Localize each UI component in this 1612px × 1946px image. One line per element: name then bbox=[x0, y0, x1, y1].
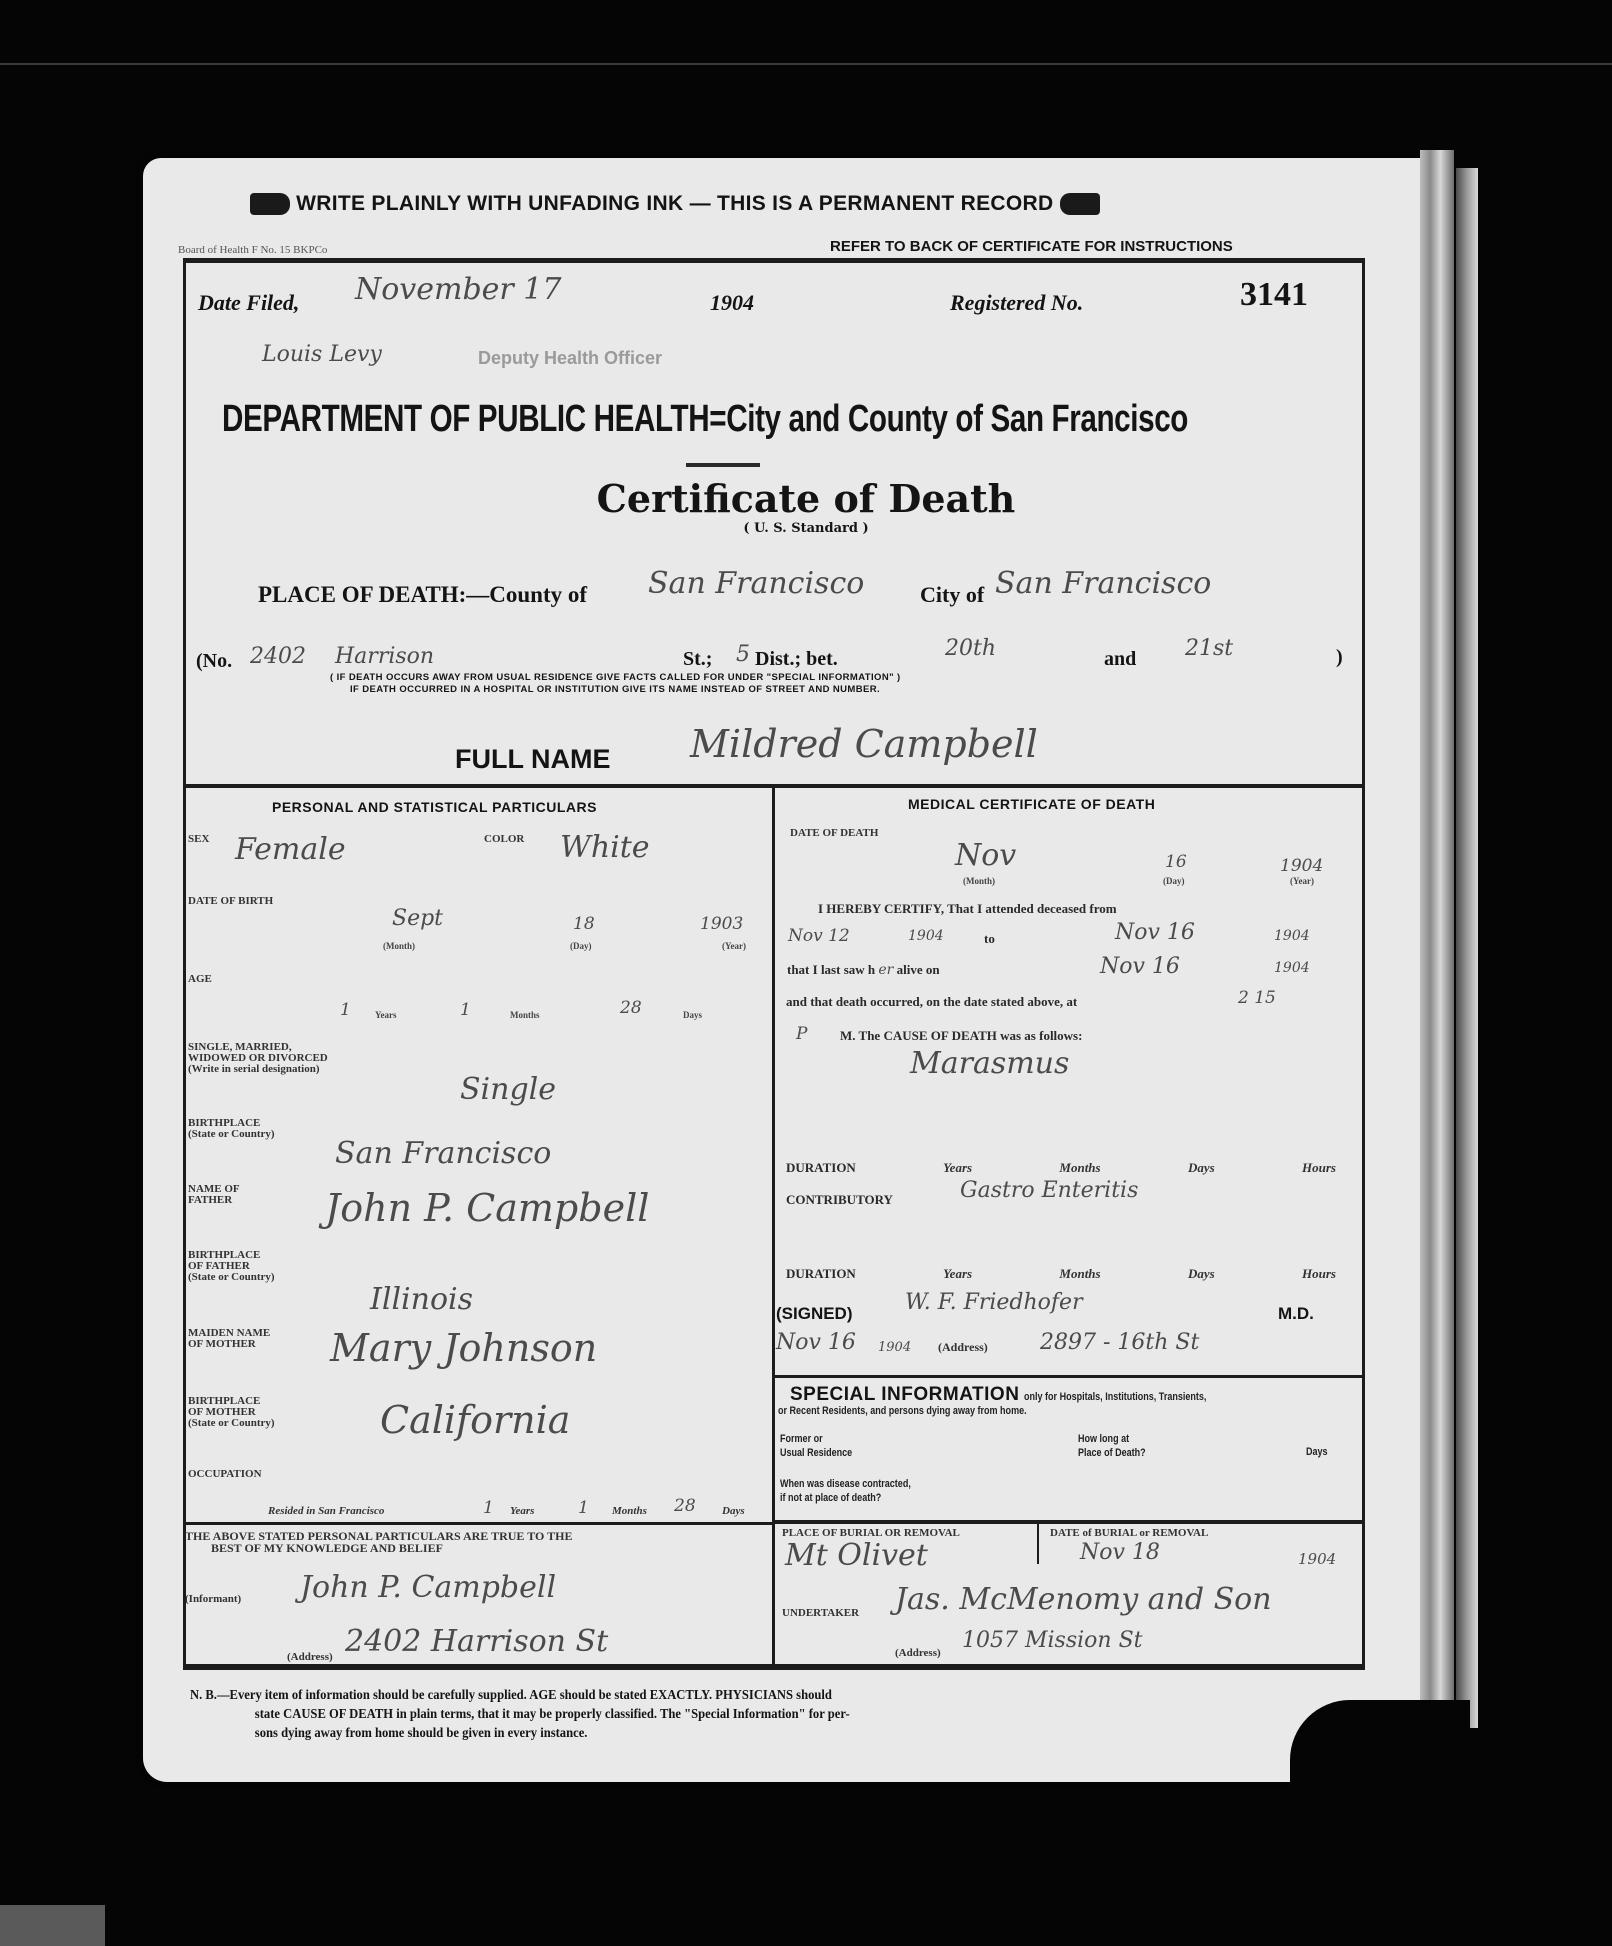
last-saw-date: Nov 16 bbox=[1100, 954, 1180, 979]
last-saw-prefix: that I last saw h bbox=[787, 962, 875, 977]
how-long-label-line: Place of Death? bbox=[1078, 1446, 1146, 1460]
day-caption: (Day) bbox=[1163, 876, 1185, 886]
special-info-title: SPECIAL INFORMATION bbox=[790, 1384, 1019, 1405]
former-residence-label-line: Usual Residence bbox=[780, 1446, 852, 1460]
mother-name: Mary Johnson bbox=[330, 1326, 597, 1370]
book-binding-edge bbox=[1456, 168, 1478, 1728]
years-caption: Years bbox=[943, 1160, 972, 1176]
resided-years: 1 bbox=[483, 1498, 494, 1518]
meridiem: P bbox=[796, 1024, 807, 1044]
county-value: San Francisco bbox=[648, 566, 864, 601]
full-name-value: Mildred Campbell bbox=[690, 722, 1038, 766]
certificate-title: Certificate of Death bbox=[0, 476, 1612, 521]
dob-year: 1903 bbox=[700, 914, 743, 934]
scan-artifact bbox=[0, 1905, 105, 1946]
place-of-death-label: PLACE OF DEATH:—County of bbox=[258, 582, 587, 608]
undertaker-label: UNDERTAKER bbox=[782, 1608, 859, 1619]
between-street-2: 21st bbox=[1185, 636, 1233, 661]
between-street-1: 20th bbox=[945, 636, 996, 661]
district-value: 5 bbox=[736, 642, 750, 667]
birthplace-value: San Francisco bbox=[335, 1136, 551, 1171]
resided-days: 28 bbox=[674, 1496, 696, 1516]
birthplace-label-line: (State or Country) bbox=[188, 1129, 275, 1140]
physician-signature: W. F. Friedhofer bbox=[905, 1290, 1083, 1315]
sex-value: Female bbox=[235, 832, 346, 867]
district-label: Dist.; bet. bbox=[755, 648, 838, 671]
year-caption: (Year) bbox=[722, 941, 746, 951]
special-info-header: SPECIAL INFORMATION only for Hospitals, … bbox=[790, 1384, 1246, 1406]
attended-to-year: 1904 bbox=[1274, 928, 1310, 944]
days-caption: Days bbox=[683, 1010, 702, 1020]
days-caption: Days bbox=[1188, 1266, 1215, 1282]
resided-label: Resided in San Francisco bbox=[268, 1505, 384, 1517]
city-value: San Francisco bbox=[995, 566, 1211, 601]
resided-months-caption: Months bbox=[612, 1505, 647, 1517]
contracted-label: When was disease contracted, if not at p… bbox=[780, 1477, 911, 1505]
dob-day: 18 bbox=[573, 914, 595, 934]
months-caption: Months bbox=[1059, 1266, 1100, 1282]
pointing-hand-icon bbox=[250, 193, 290, 215]
duration-row: DURATION Years Months Days Hours bbox=[786, 1266, 1336, 1282]
registered-label: Registered No. bbox=[950, 290, 1083, 316]
nb-line: state CAUSE OF DEATH in plain terms, tha… bbox=[190, 1705, 1162, 1724]
street-name: Harrison bbox=[335, 644, 434, 669]
undertaker-address-label: (Address) bbox=[895, 1648, 941, 1659]
dob-label: DATE OF BIRTH bbox=[188, 896, 273, 907]
ink-warning: WRITE PLAINLY WITH UNFADING INK — THIS I… bbox=[250, 192, 1100, 216]
contributory-value: Gastro Enteritis bbox=[960, 1178, 1138, 1203]
informant-statement-line: BEST OF MY KNOWLEDGE AND BELIEF bbox=[185, 1542, 572, 1554]
street-number: 2402 bbox=[250, 644, 306, 669]
resided-years-caption: Years bbox=[510, 1505, 534, 1517]
last-saw-pronoun: er bbox=[878, 962, 893, 978]
contributory-label: CONTRIBUTORY bbox=[786, 1192, 893, 1208]
mother-birthplace: California bbox=[380, 1398, 570, 1442]
attended-from: Nov 12 bbox=[788, 926, 850, 946]
age-label: AGE bbox=[188, 974, 212, 985]
informant-name: John P. Campbell bbox=[300, 1570, 556, 1605]
md-label: M.D. bbox=[1278, 1304, 1314, 1324]
age-years: 1 bbox=[340, 1000, 351, 1020]
months-caption: Months bbox=[1059, 1160, 1100, 1176]
full-name-label: FULL NAME bbox=[455, 744, 611, 775]
burial-place: Mt Olivet bbox=[785, 1538, 928, 1573]
attended-to: Nov 16 bbox=[1115, 920, 1195, 945]
informant-address: 2402 Harrison St bbox=[345, 1624, 608, 1659]
father-birthplace-label: BIRTHPLACE OF FATHER (State or Country) bbox=[188, 1250, 275, 1283]
color-label: COLOR bbox=[484, 834, 524, 845]
age-months: 1 bbox=[460, 1000, 471, 1020]
duration-row: DURATION Years Months Days Hours bbox=[786, 1160, 1336, 1176]
mother-birthplace-label-line: (State or Country) bbox=[188, 1418, 275, 1429]
burial-year: 1904 bbox=[1298, 1550, 1336, 1568]
birthplace-label: BIRTHPLACE (State or Country) bbox=[188, 1118, 275, 1140]
marital-value: Single bbox=[460, 1072, 556, 1107]
informant-statement: THE ABOVE STATED PERSONAL PARTICULARS AR… bbox=[185, 1530, 572, 1554]
form-number: Board of Health F No. 15 BKPCo bbox=[178, 244, 327, 256]
contracted-label-line: When was disease contracted, bbox=[780, 1477, 911, 1491]
resided-months: 1 bbox=[578, 1498, 589, 1518]
last-saw-year: 1904 bbox=[1274, 960, 1310, 976]
nb-line: N. B.—Every item of information should b… bbox=[190, 1686, 1162, 1705]
special-info-note-2: or Recent Residents, and persons dying a… bbox=[778, 1405, 1027, 1417]
special-info-note: only for Hospitals, Institutions, Transi… bbox=[1024, 1391, 1206, 1403]
dod-label: DATE OF DEATH bbox=[790, 828, 878, 839]
officer-title: Deputy Health Officer bbox=[478, 348, 662, 369]
how-long-label: How long at Place of Death? bbox=[1078, 1432, 1146, 1460]
death-time-text: and that death occurred, on the date sta… bbox=[786, 994, 1077, 1010]
resided-days-caption: Days bbox=[722, 1505, 745, 1517]
contracted-label-line: if not at place of death? bbox=[780, 1491, 911, 1505]
title-rule bbox=[686, 463, 760, 467]
nb-line: sons dying away from home should be give… bbox=[190, 1724, 1162, 1743]
father-name: John P. Campbell bbox=[325, 1186, 649, 1230]
months-caption: Months bbox=[510, 1010, 540, 1020]
marital-label: SINGLE, MARRIED, WIDOWED OR DIVORCED (Wr… bbox=[188, 1042, 328, 1075]
refer-note: REFER TO BACK OF CERTIFICATE FOR INSTRUC… bbox=[830, 238, 1233, 255]
dod-year: 1904 bbox=[1280, 856, 1323, 876]
father-label: NAME OF FATHER bbox=[188, 1184, 240, 1206]
divider bbox=[772, 1520, 1365, 1524]
alive-on-label: alive on bbox=[897, 962, 940, 977]
to-label: to bbox=[984, 931, 995, 947]
burial-date: Nov 18 bbox=[1080, 1540, 1160, 1565]
death-time: 2 15 bbox=[1238, 988, 1276, 1008]
mother-birthplace-label: BIRTHPLACE OF MOTHER (State or Country) bbox=[188, 1396, 275, 1429]
signed-date: Nov 16 bbox=[776, 1330, 856, 1355]
undertaker-name: Jas. McMenomy and Son bbox=[895, 1582, 1272, 1617]
street-number-label: (No. bbox=[196, 650, 232, 673]
sex-label: SEX bbox=[188, 834, 209, 845]
book-binding bbox=[1420, 150, 1454, 1780]
dod-month: Nov bbox=[955, 838, 1016, 873]
dod-day: 16 bbox=[1165, 852, 1187, 872]
date-filed-label: Date Filed, bbox=[198, 290, 299, 316]
warning-text: WRITE PLAINLY WITH UNFADING INK — THIS I… bbox=[296, 192, 1053, 215]
mother-label-line: OF MOTHER bbox=[188, 1339, 270, 1350]
duration-label: DURATION bbox=[786, 1266, 856, 1282]
cause-label: M. The CAUSE OF DEATH was as follows: bbox=[840, 1028, 1082, 1044]
scan-edge-line bbox=[0, 63, 1612, 65]
burial-divider bbox=[1037, 1522, 1039, 1564]
age-days: 28 bbox=[620, 998, 642, 1018]
last-saw-text: that I last saw h er alive on bbox=[787, 962, 940, 978]
occupation-label: OCCUPATION bbox=[188, 1469, 262, 1480]
former-residence-label-line: Former or bbox=[780, 1432, 852, 1446]
department-title: DEPARTMENT OF PUBLIC HEALTH=City and Cou… bbox=[222, 398, 1188, 441]
month-caption: (Month) bbox=[963, 876, 995, 886]
page-shadow bbox=[1290, 1700, 1470, 1820]
years-caption: Years bbox=[943, 1266, 972, 1282]
divider bbox=[183, 1522, 773, 1525]
color-value: White bbox=[560, 830, 650, 865]
hours-caption: Hours bbox=[1302, 1266, 1336, 1282]
informant-address-label: (Address) bbox=[287, 1652, 333, 1663]
father-birthplace: Illinois bbox=[370, 1282, 473, 1317]
day-caption: (Day) bbox=[570, 941, 592, 951]
years-caption: Years bbox=[375, 1010, 397, 1020]
standard-note: ( U. S. Standard ) bbox=[0, 521, 1612, 536]
informant-label: (Informant) bbox=[185, 1594, 241, 1605]
burial-date-label: DATE of BURIAL or REMOVAL bbox=[1050, 1528, 1208, 1539]
certify-statement: I HEREBY CERTIFY, That I attended deceas… bbox=[818, 901, 1117, 917]
duration-label: DURATION bbox=[786, 1160, 856, 1176]
officer-signature: Louis Levy bbox=[262, 342, 382, 367]
former-residence-label: Former or Usual Residence bbox=[780, 1432, 852, 1460]
cause-value: Marasmus bbox=[910, 1046, 1069, 1081]
medical-section-title: MEDICAL CERTIFICATE OF DEATH bbox=[908, 796, 1155, 812]
mother-label: MAIDEN NAME OF MOTHER bbox=[188, 1328, 270, 1350]
registered-number: 3141 bbox=[1240, 276, 1308, 314]
residence-note-line: IF DEATH OCCURRED IN A HOSPITAL OR INSTI… bbox=[330, 684, 901, 696]
personal-section-title: PERSONAL AND STATISTICAL PARTICULARS bbox=[272, 799, 597, 815]
days-caption: Days bbox=[1188, 1160, 1215, 1176]
days-label: Days bbox=[1306, 1446, 1328, 1458]
father-birthplace-label-line: (State or Country) bbox=[188, 1272, 275, 1283]
undertaker-address: 1057 Mission St bbox=[962, 1628, 1142, 1653]
close-paren: ) bbox=[1336, 646, 1343, 669]
filed-year: 1904 bbox=[710, 290, 754, 316]
date-filed-value: November 17 bbox=[355, 272, 561, 307]
dob-month: Sept bbox=[392, 906, 443, 931]
physician-address: 2897 - 16th St bbox=[1040, 1330, 1199, 1355]
and-label: and bbox=[1104, 648, 1136, 671]
divider bbox=[772, 1375, 1365, 1378]
column-divider bbox=[772, 786, 775, 1666]
pointing-hand-icon bbox=[1060, 193, 1100, 215]
father-label-line: FATHER bbox=[188, 1195, 240, 1206]
attended-from-year: 1904 bbox=[908, 928, 944, 944]
hours-caption: Hours bbox=[1302, 1160, 1336, 1176]
residence-note: ( IF DEATH OCCURS AWAY FROM USUAL RESIDE… bbox=[330, 672, 901, 696]
physician-address-label: (Address) bbox=[938, 1342, 988, 1353]
residence-note-line: ( IF DEATH OCCURS AWAY FROM USUAL RESIDE… bbox=[330, 672, 901, 684]
signed-label: (SIGNED) bbox=[776, 1304, 853, 1324]
marital-label-line: (Write in serial designation) bbox=[188, 1064, 328, 1075]
month-caption: (Month) bbox=[383, 941, 415, 951]
city-label: City of bbox=[920, 582, 984, 608]
nb-instructions: N. B.—Every item of information should b… bbox=[190, 1686, 1270, 1743]
signed-year: 1904 bbox=[878, 1340, 911, 1355]
year-caption: (Year) bbox=[1290, 876, 1314, 886]
how-long-label-line: How long at bbox=[1078, 1432, 1146, 1446]
street-label: St.; bbox=[683, 648, 712, 671]
